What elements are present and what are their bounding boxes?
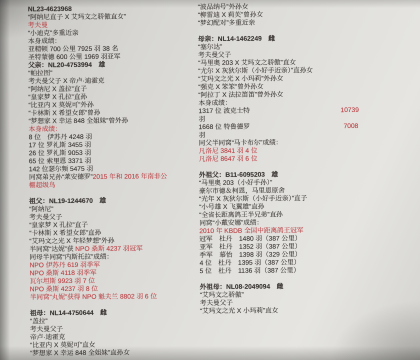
text-segment: 2015 年和 2016 年南非公 [93, 173, 167, 181]
text-segment: 祖父：NL19-1244670 雄 [29, 198, 106, 206]
text-segment: 7008 [344, 123, 359, 131]
text-segment: 瓦尔坦斯 9923 羽 7 位 [30, 278, 95, 285]
text-segment: “波品纳号”外孙女 [198, 4, 249, 11]
text-segment: “尤尔 X 灰狄尔斯（小好手近亲）”直孙女 [198, 67, 313, 75]
text-segment: 142 位瑟尔频 5475 羽 [29, 166, 93, 173]
text-segment: “梦想家 X 幸运 848 全姐妹”曾外孙 [29, 118, 129, 126]
text-segment: “卡林斯 X 希望女郎”直孙 [29, 230, 101, 238]
text-segment: 考夫曼父子 [29, 214, 62, 221]
text-segment: 10739 [340, 107, 358, 115]
text-segment: 考夫曼父子 [198, 52, 231, 59]
text-segment: 2010 年 KBDB 全国中距离鸽王冠军 [199, 227, 303, 235]
text-segment: “小迪克”多重近亲 [28, 30, 79, 37]
text-segment: 半同窝“达妮”获 [29, 246, 75, 253]
text-segment: “塞尔达” [198, 44, 222, 51]
text-segment: 亚精顿 700 公里 7925 羽 38 名 [28, 46, 118, 54]
text-segment: 季军 慕怡 1398 羽（329 公里） [200, 251, 302, 259]
text-segment: 父亲：NL20-4753994 雄 [28, 62, 105, 70]
text-segment: “艾玛文之骄傲” [200, 292, 244, 299]
text-segment: “强克 X 笨笨”曾外孙女 [198, 84, 263, 91]
text-segment: “帕拉图” [28, 70, 52, 77]
text-segment: 棚超级鸟 [29, 182, 55, 189]
text-segment: “艾玛文之光 X 小玛莉”直女 [200, 308, 278, 316]
text-segment: 本身成绩： [198, 100, 231, 107]
text-segment: “马里奥 203（小好手孙）” [199, 180, 272, 188]
text-segment: “皇家梦 X 孔拉”直孙 [28, 94, 87, 101]
text-segment: 本身成绩： [28, 38, 61, 45]
text-segment: 同窝“小戴安娜”成绩： [199, 220, 263, 227]
text-segment: 母亲：NL14-1462249 雌 [198, 36, 275, 44]
text-segment: 考夫曼父子 [30, 326, 63, 333]
pedigree-photo: NL23-4623968“阿纳尼直子 X 艾玛文之骄傲直女”考夫曼“小迪克”多重… [0, 0, 420, 360]
pedigree-right-column: “波品纳号”外孙女“柳雷迪 X 莉芙”曾孙女“梦幻配对”多重近亲母亲：NL14-… [198, 3, 418, 317]
text-segment: 凡洛尼 3841 羽 4 位 [199, 148, 258, 155]
text-segment: “全省长距离鸽王半兄弟”直孙 [199, 211, 283, 219]
pedigree-document: NL23-4623968“阿纳尼直子 X 艾玛文之骄傲直女”考夫曼“小迪克”多重… [0, 0, 420, 360]
text-segment: 考夫曼父子 [200, 300, 233, 307]
text-segment: 17 位 罗礼斯 3455 羽 [29, 142, 91, 149]
text-segment: 祖母：NL14-4750644 雌 [30, 310, 107, 318]
text-segment: 26 位 罗礼斯 9053 羽 [29, 150, 91, 157]
text-segment: 5 位 杜丹 1136 羽（387 公里） [200, 267, 300, 275]
pedigree-left-column: NL23-4623968“阿纳尼直子 X 艾玛文之骄傲直女”考夫曼“小迪克”多重… [28, 5, 208, 358]
text-segment: “梦想家 X 幸运 848 全姐妹”直孙女 [30, 350, 130, 358]
text-segment: 羽 [199, 132, 206, 139]
text-segment: NPO 桑斯 4118 羽季军 [30, 270, 97, 277]
text-segment: “艾玛文之光 X 年轻梦想”外孙 [29, 238, 114, 246]
text-segment: “小号雄 X 飞翼雄”直孙 [199, 204, 264, 211]
pedigree-line: “梦想家 X 幸运 848 全姐妹”直孙女 [30, 349, 208, 358]
text-segment: “卡林斯 X 希望女郎”曾孙 [29, 110, 101, 118]
text-segment: 8 位 伊苏丹 4248 羽 [29, 134, 92, 141]
text-segment: 65 位 索里恩 3371 羽 [29, 158, 91, 165]
text-segment: “比亚内 X 莫妮可”外孙 [28, 102, 93, 109]
text-segment: “阿拉丁 X 法拉笛笛”曾外孙女 [198, 91, 283, 99]
text-segment: “柳雷迪 X 莉芙”曾孙女 [198, 12, 263, 19]
text-segment: 4 位 杜丹 1395 羽（387 公里） [200, 259, 301, 267]
text-segment: 外祖父：B11-6095203 雄 [199, 172, 278, 180]
text-segment: NL23-4623968 [28, 6, 72, 13]
text-segment: NPO 桑斯 4237 羽冠军 [75, 245, 142, 252]
text-segment: 1317 位 波克士特 [198, 108, 249, 115]
text-segment: “马里奥 203 X 艾玛文之骄傲”直女 [198, 59, 296, 67]
text-segment: “阿纳尼” [29, 206, 53, 213]
text-segment: 羽 [199, 116, 206, 123]
text-segment: 同母半同窝“内斯托拉”成绩： [30, 254, 114, 262]
text-segment: 考夫曼 [28, 22, 48, 29]
text-segment: “阿纳尼 X 盖拉”直子 [28, 86, 87, 93]
text-segment: 圣特蒙德 600 公里 1969 羽亚军 [28, 54, 120, 62]
text-segment: “光年 X 灰狄尔斯（小好手近亲）”直子 [199, 195, 307, 203]
text-segment: NPO 桑斯 4237 羽 8 位 [30, 286, 98, 293]
text-segment: 同父半同窝“马卡布尔”成绩： [199, 139, 283, 147]
text-segment: 本身成绩： [29, 126, 62, 133]
pedigree-line: “艾玛文之光 X 小玛莉”直女 [200, 307, 418, 317]
text-segment: “艾玛文之光 X 小玛莉”外孙女 [198, 75, 283, 83]
text-segment: 外祖母：NL08-2049094 雌 [200, 283, 284, 291]
text-segment: 考夫曼父子 X 帝卢·迪霍克 [28, 78, 104, 86]
text-segment: “阿纳尼直子 X 艾玛文之骄傲直女” [28, 14, 126, 22]
text-segment: 帝卢·迪霍克 [30, 334, 65, 341]
text-segment: 半同窝“丸妮”获得 NPO 魁夫兰 8802 羽 6 位 [30, 293, 157, 301]
text-segment: “梦幻配对”多重近亲 [198, 20, 255, 27]
text-segment: “比亚内 X 莫妮可”直女 [30, 342, 95, 349]
text-segment: NPO 伊苏丹 619 羽季军 [30, 262, 100, 269]
text-segment: 1668 位 特鲁德罗 [199, 124, 250, 131]
text-segment: 豪尔市德＆柯恩，马里恩原舍 [199, 187, 285, 195]
text-segment: 凡洛尼 8647 羽 6 位 [199, 156, 258, 163]
text-segment: 同窝弟兄孙“莱安德罗” [29, 174, 93, 181]
text-segment: “盖拉” [30, 318, 48, 325]
text-segment: “皇家梦 X 孔拉”直子 [29, 222, 88, 229]
text-segment: 亚军 杜丹 1352 羽（387 公里） [199, 243, 301, 251]
text-segment: 冠军 杜丹 1480 羽（387 公里） [199, 235, 301, 243]
